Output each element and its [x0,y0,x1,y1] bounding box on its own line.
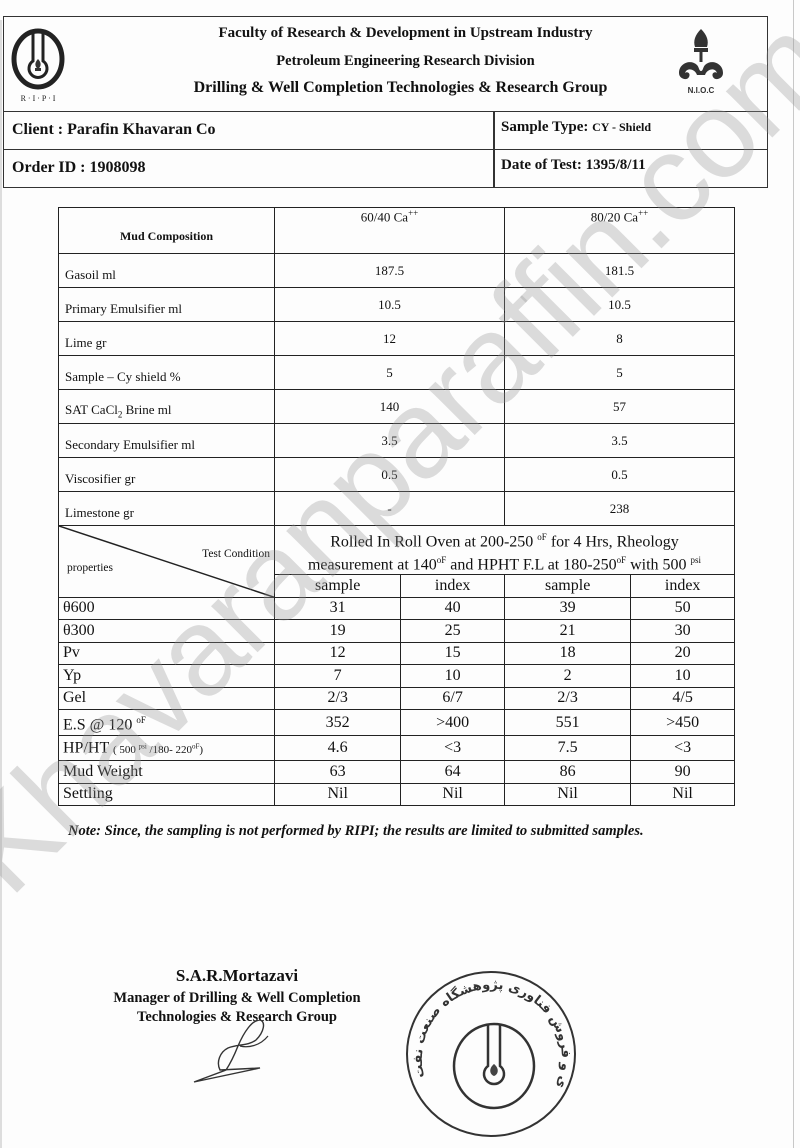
property-value: 2 [504,665,630,688]
composition-value: 5 [275,356,505,390]
property-value: 352 [275,710,401,736]
composition-value: - [275,492,505,526]
property-value: 6/7 [401,687,505,710]
property-value: 7.5 [504,736,630,761]
property-value: 21 [504,620,630,643]
property-value: 30 [631,620,735,643]
property-row: Gel2/36/72/34/5 [59,687,735,710]
composition-label: Lime gr [59,322,275,356]
property-label: θ600 [59,597,275,620]
property-value: 20 [631,642,735,665]
signatory-title-line1: Manager of Drilling & Well Completion [92,990,382,1007]
order-row: Order ID : 1908098 Date of Test: 1395/8/… [4,149,767,187]
property-value: Nil [631,783,735,806]
property-value: 18 [504,642,630,665]
property-value: Nil [504,783,630,806]
composition-value: 187.5 [275,254,505,288]
property-row: θ60031403950 [59,597,735,620]
header-line-division: Petroleum Engineering Research Division [44,53,767,70]
composition-value: 8 [505,322,735,356]
report-header: R · I · P · I Faculty of Research & Deve… [3,16,768,188]
property-label: HP/HT ( 500 psi /180- 220oF) [59,736,275,761]
property-row: Mud Weight63648690 [59,761,735,784]
date-of-test: Date of Test: 1395/8/11 [501,157,646,174]
property-value: 551 [504,710,630,736]
property-value: >450 [631,710,735,736]
svg-text:N.I.O.C: N.I.O.C [688,86,715,95]
property-value: 40 [401,597,505,620]
properties-table: Test Condition properties Rolled In Roll… [58,525,735,807]
composition-row: Lime gr128 [59,322,735,356]
sample-type: Sample Type: CY - Shield [501,119,651,136]
composition-value: 10.5 [275,288,505,322]
mud-composition-header: Mud Composition [59,208,275,254]
property-value: 10 [631,665,735,688]
property-value: 4/5 [631,687,735,710]
property-row: θ30019252130 [59,620,735,643]
property-value: 2/3 [504,687,630,710]
property-value: >400 [401,710,505,736]
handwritten-signature-icon [180,1020,300,1090]
sampling-note: Note: Since, the sampling is not perform… [68,823,644,840]
composition-label: Limestone gr [59,492,275,526]
header-title-area: R · I · P · I Faculty of Research & Deve… [4,17,767,112]
client-row: Client : Parafin Khavaran Co Sample Type… [4,111,767,150]
subheader-sample-2: sample [504,575,630,598]
property-row: SettlingNilNilNilNil [59,783,735,806]
property-label: Mud Weight [59,761,275,784]
property-value: 2/3 [275,687,401,710]
subheader-index-1: index [401,575,505,598]
composition-value: 238 [505,492,735,526]
property-row: Yp710210 [59,665,735,688]
subheader-index-2: index [631,575,735,598]
property-value: 86 [504,761,630,784]
composition-row: SAT CaCl2 Brine ml14057 [59,390,735,424]
signatory-name: S.A.R.Mortazavi [92,966,382,986]
property-row: HP/HT ( 500 psi /180- 220oF)4.6<37.5<3 [59,736,735,761]
composition-row: Gasoil ml187.5181.5 [59,254,735,288]
property-value: 39 [504,597,630,620]
header-line-group: Drilling & Well Completion Technologies … [34,79,767,97]
results-table: Mud Composition 60/40 Ca++ 80/20 Ca++ Ga… [58,207,735,806]
composition-row: Viscosifier gr0.50.5 [59,458,735,492]
page-right-edge [793,0,794,1148]
column-60-40: 60/40 Ca++ [275,208,505,254]
composition-row: Primary Emulsifier ml10.510.5 [59,288,735,322]
property-value: 50 [631,597,735,620]
composition-value: 12 [275,322,505,356]
header-line-faculty: Faculty of Research & Development in Ups… [44,25,767,42]
page-left-edge [0,20,2,1148]
composition-row: Sample – Cy shield %55 [59,356,735,390]
property-value: Nil [401,783,505,806]
property-value: 25 [401,620,505,643]
composition-value: 5 [505,356,735,390]
composition-label: SAT CaCl2 Brine ml [59,390,275,424]
properties-test-condition-header: Test Condition properties [59,525,275,597]
composition-label: Secondary Emulsifier ml [59,424,275,458]
property-value: 31 [275,597,401,620]
property-value: 90 [631,761,735,784]
mud-composition-table: Mud Composition 60/40 Ca++ 80/20 Ca++ Ga… [58,207,735,526]
property-label: Yp [59,665,275,688]
composition-label: Viscosifier gr [59,458,275,492]
composition-value: 140 [275,390,505,424]
composition-row: Secondary Emulsifier ml3.53.5 [59,424,735,458]
composition-label: Sample – Cy shield % [59,356,275,390]
composition-value: 3.5 [275,424,505,458]
composition-value: 3.5 [505,424,735,458]
property-value: 10 [401,665,505,688]
composition-value: 181.5 [505,254,735,288]
order-id: Order ID : 1908098 [12,159,145,177]
property-label: θ300 [59,620,275,643]
property-value: <3 [631,736,735,761]
property-row: E.S @ 120 oF352>400551>450 [59,710,735,736]
property-value: Nil [275,783,401,806]
property-label: Settling [59,783,275,806]
composition-label: Gasoil ml [59,254,275,288]
property-value: 7 [275,665,401,688]
composition-value: 0.5 [505,458,735,492]
property-value: 64 [401,761,505,784]
nioc-logo-icon: N.I.O.C [671,27,731,97]
property-value: <3 [401,736,505,761]
property-value: 19 [275,620,401,643]
composition-value: 10.5 [505,288,735,322]
property-value: 15 [401,642,505,665]
composition-row: Limestone gr-238 [59,492,735,526]
property-value: 12 [275,642,401,665]
test-condition-description: Rolled In Roll Oven at 200-250 oF for 4 … [275,525,735,575]
subheader-sample-1: sample [275,575,401,598]
official-stamp-icon: واحد تجاری سازی و فروش فناوری پژوهشگاه ص… [398,962,584,1142]
client-name: Client : Parafin Khavaran Co [12,121,216,139]
property-value: 63 [275,761,401,784]
composition-value: 57 [505,390,735,424]
column-80-20: 80/20 Ca++ [505,208,735,254]
property-label: Pv [59,642,275,665]
property-row: Pv12151820 [59,642,735,665]
info-divider [493,111,495,187]
property-label: Gel [59,687,275,710]
property-label: E.S @ 120 oF [59,710,275,736]
composition-value: 0.5 [275,458,505,492]
property-value: 4.6 [275,736,401,761]
composition-label: Primary Emulsifier ml [59,288,275,322]
